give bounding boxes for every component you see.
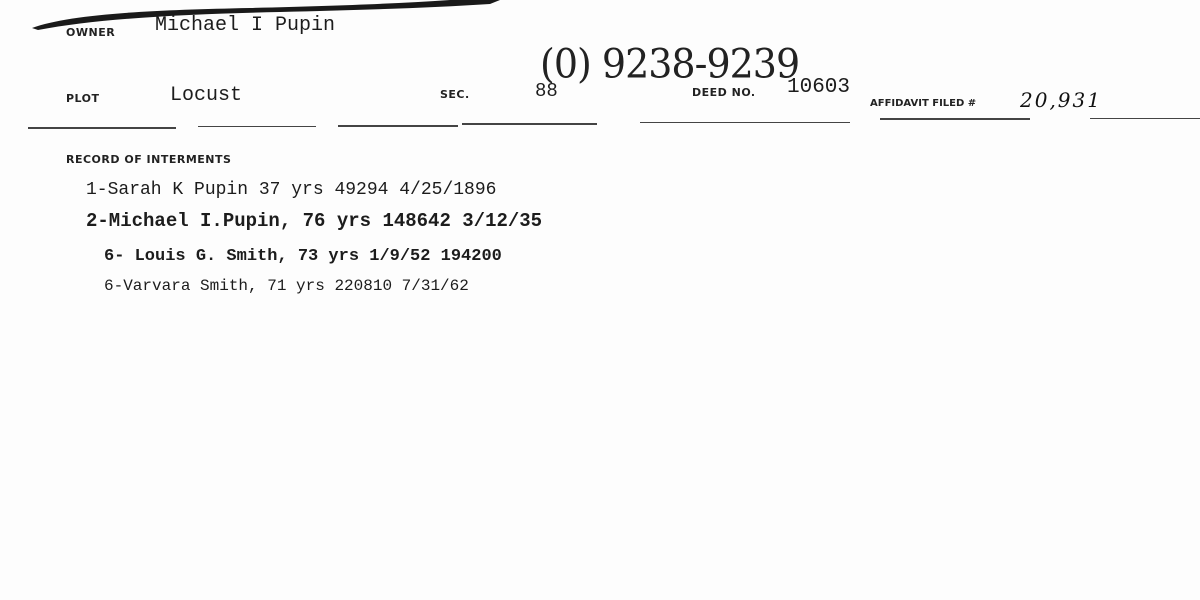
divider-rule: [198, 126, 316, 127]
owner-label: OWNER: [66, 26, 115, 39]
affidavit-value: 20,931: [1020, 88, 1102, 112]
owner-value: Michael I Pupin: [155, 14, 335, 37]
affidavit-label: AFFIDAVIT FILED #: [870, 98, 976, 109]
deed-number-value: 10603: [787, 76, 850, 99]
plot-value: Locust: [170, 84, 242, 107]
deed-number-label: DEED NO.: [692, 86, 756, 99]
divider-rule: [28, 127, 176, 129]
interment-entry: 2-Michael I.Pupin, 76 yrs 148642 3/12/35: [86, 210, 542, 232]
section-label: SEC.: [440, 88, 470, 101]
divider-rule: [338, 125, 458, 127]
interment-entry: 6-Varvara Smith, 71 yrs 220810 7/31/62: [104, 277, 469, 295]
stamp-number: (0) 9238-9239: [540, 41, 799, 87]
interments-heading: RECORD OF INTERMENTS: [66, 153, 231, 166]
divider-rule: [880, 118, 1030, 120]
divider-rule: [640, 122, 850, 123]
interment-entry: 1-Sarah K Pupin 37 yrs 49294 4/25/1896: [86, 180, 496, 200]
plot-label: PLOT: [66, 92, 100, 105]
divider-rule: [462, 123, 597, 125]
divider-rule: [1090, 118, 1200, 119]
interment-entry: 6- Louis G. Smith, 73 yrs 1/9/52 194200: [104, 247, 502, 266]
section-value: 88: [535, 80, 558, 102]
